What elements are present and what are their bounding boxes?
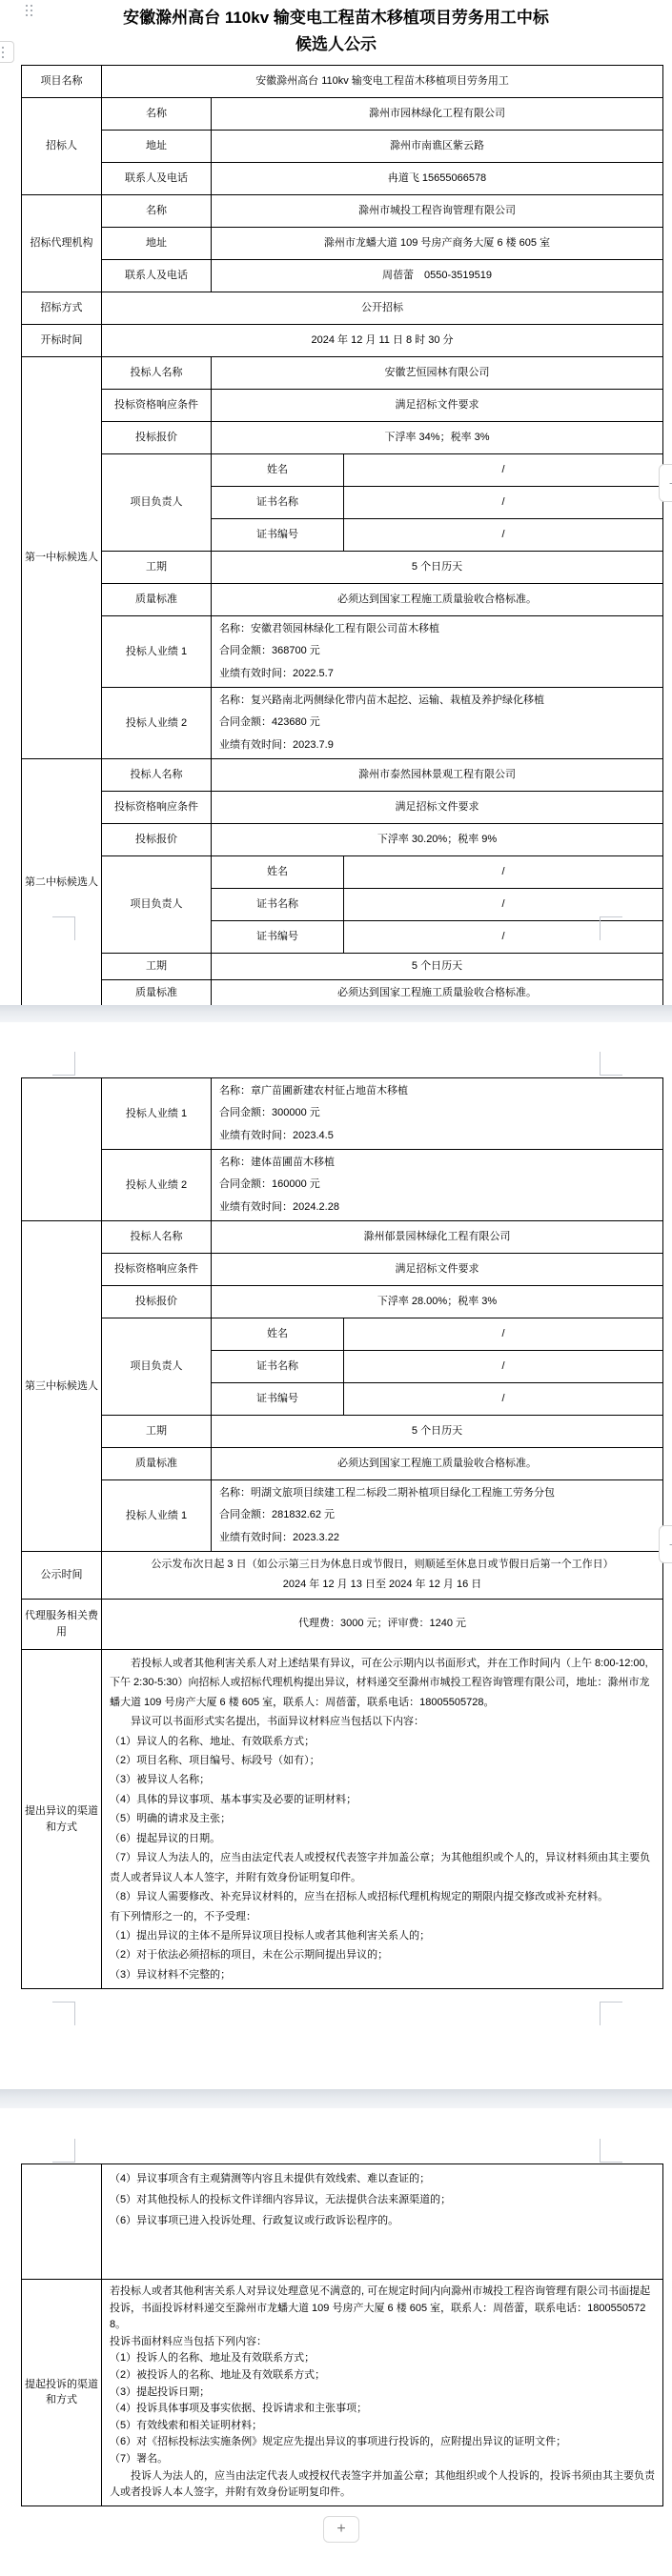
paragraph: （6）对《招标投标法实施条例》规定应先提出异议的事项进行投诉的，应附提出异议的证… xyxy=(110,2434,655,2451)
cell-objection-continuation xyxy=(22,2164,102,2280)
label-tenderer: 招标人 xyxy=(22,98,102,195)
label-objection-channel: 提出异议的渠道和方式 xyxy=(22,1649,102,1989)
document-title-line1: 安徽滁州高台 110kv 输变电工程苗木移植项目劳务用工中标 xyxy=(40,5,632,31)
paragraph: （6）提起异议的日期。 xyxy=(110,1829,655,1848)
cell-candidate2-continuation xyxy=(22,1078,102,1221)
paragraph: （4）异议事项含有主观猜测等内容且未提供有效线索、难以查证的； xyxy=(110,2168,655,2189)
paragraph: 公示发布次日起 3 日（如公示第三日为休息日或节假日，则顺延至休息日或节假日后第… xyxy=(108,1555,657,1575)
value-c3-bidder: 滁州郁景园林绿化工程有限公司 xyxy=(212,1220,663,1253)
paragraph: （5）有效线索和相关证明材料； xyxy=(110,2418,655,2435)
paragraph: 若投标人或者其他利害关系人对异议处理意见不满意的, 可在规定时间内向滁州市城投工… xyxy=(110,2284,655,2334)
paragraph: （3）异议材料不完整的； xyxy=(110,1965,655,1984)
bid-announcement-table-page2: 投标人业绩 1 名称：章广苗圃新建农村征占地苗木移植合同金额：300000 元业… xyxy=(21,1077,663,1989)
paragraph: 有下列情形之一的，不予受理： xyxy=(110,1907,655,1926)
value-c1-perf1: 名称：安徽君领园林绿化工程有限公司苗木移植合同金额：368700 元业绩有效时间… xyxy=(212,616,663,688)
paragraph: （4）投诉具体事项及事实依据、投诉请求和主张事项； xyxy=(110,2401,655,2418)
value-tenderer-name: 滁州市园林绿化工程有限公司 xyxy=(212,98,663,131)
label-c1-pm-name: 姓名 xyxy=(212,454,344,487)
value-c3-duration: 5 个日历天 xyxy=(212,1415,663,1447)
label-method: 招标方式 xyxy=(22,292,102,325)
paragraph: 名称：安徽君领园林绿化工程有限公司苗木移植 xyxy=(219,618,655,640)
value-c3-pm-name: / xyxy=(344,1318,663,1350)
paragraph: 业绩有效时间：2023.7.9 xyxy=(219,735,655,756)
value-c1-cert-no: / xyxy=(344,519,663,552)
label-open-time: 开标时间 xyxy=(22,325,102,357)
value-complaint-channel: 若投标人或者其他利害关系人对异议处理意见不满意的, 可在规定时间内向滁州市城投工… xyxy=(102,2280,663,2506)
value-agency-address: 滁州市龙蟠大道 109 号房产商务大厦 6 楼 605 室 xyxy=(212,228,663,260)
label-complaint-channel: 提起投诉的渠道和方式 xyxy=(22,2280,102,2506)
paragraph: （1）提出异议的主体不是所异议项目投标人或者其他利害关系人的； xyxy=(110,1926,655,1945)
paragraph: （6）异议事项已进入投诉处理、行政复议或行政诉讼程序的。 xyxy=(110,2210,655,2231)
document-title: 安徽滁州高台 110kv 输变电工程苗木移植项目劳务用工中标 候选人公示 xyxy=(40,5,632,57)
paragraph: 名称：建体苗圃苗木移植 xyxy=(219,1152,655,1174)
floating-insert-button[interactable]: + xyxy=(659,464,672,502)
paragraph: （3）被异议人名称； xyxy=(110,1770,655,1789)
value-agency-fee: 代理费：3000 元；评审费：1240 元 xyxy=(102,1599,663,1649)
value-c2-pm-name: / xyxy=(344,855,663,888)
value-c1-bidder: 安徽艺恒园林有限公司 xyxy=(212,357,663,390)
page-2: 投标人业绩 1 名称：章广苗圃新建农村征占地苗木移植合同金额：300000 元业… xyxy=(0,1022,672,2089)
plus-icon: + xyxy=(336,2521,345,2538)
label-c3-qualification: 投标资格响应条件 xyxy=(102,1253,212,1285)
paragraph: 投诉人为法人的，应当由法定代表人或授权代表签字并加盖公章；其他组织或个人投诉的，… xyxy=(110,2468,655,2502)
value-c3-qualification: 满足招标文件要求 xyxy=(212,1253,663,1285)
label-agency-fee: 代理服务相关费用 xyxy=(22,1599,102,1649)
label-c1-bidder: 投标人名称 xyxy=(102,357,212,390)
label-c2-bidder: 投标人名称 xyxy=(102,758,212,791)
floating-insert-button[interactable]: + xyxy=(659,1525,672,1563)
paragraph: （5）对其他投标人的投标文件详细内容异议，无法提供合法来源渠道的； xyxy=(110,2189,655,2210)
paragraph: 合同金额：281832.62 元 xyxy=(219,1504,655,1526)
label-c3-pm-name: 姓名 xyxy=(212,1318,344,1350)
value-c3-perf1: 名称：明湖文旅项目续建工程二标段二期补植项目绿化工程施工劳务分包合同金额：281… xyxy=(212,1479,663,1551)
label-publicity-time: 公示时间 xyxy=(22,1551,102,1599)
value-c3-cert-no: / xyxy=(344,1382,663,1415)
label-c2-pm: 项目负责人 xyxy=(102,855,212,953)
value-c3-quality: 必须达到国家工程施工质量验收合格标准。 xyxy=(212,1447,663,1479)
paragraph: 2024 年 12 月 13 日至 2024 年 12 月 16 日 xyxy=(108,1575,657,1595)
label-c1-cert-name: 证书名称 xyxy=(212,487,344,519)
value-c1-duration: 5 个日历天 xyxy=(212,552,663,584)
label-c3-pm: 项目负责人 xyxy=(102,1318,212,1415)
label-tenderer-address: 地址 xyxy=(102,131,212,163)
margin-mark-p2-bottom-left xyxy=(52,2002,75,2025)
margin-mark-p1-bottom-left xyxy=(52,916,75,940)
label-agency-name: 名称 xyxy=(102,195,212,228)
paragraph: （2）项目名称、项目编号、标段号（如有）； xyxy=(110,1751,655,1770)
label-c2-perf2: 投标人业绩 2 xyxy=(102,1149,212,1220)
value-c1-pm-name: / xyxy=(344,454,663,487)
value-objection-channel: 若投标人或者其他利害关系人对上述结果有异议，可在公示期内以书面形式，并在工作时间… xyxy=(102,1649,663,1989)
label-c1-duration: 工期 xyxy=(102,552,212,584)
paragraph: 合同金额：368700 元 xyxy=(219,640,655,662)
bid-announcement-table-page1: 项目名称 安徽滁州高台 110kv 输变电工程苗木移植项目劳务用工 招标人 名称… xyxy=(21,65,663,1007)
label-tenderer-name: 名称 xyxy=(102,98,212,131)
margin-mark-p2-top-right xyxy=(600,1052,622,1076)
page-break-1 xyxy=(0,1005,672,1022)
margin-mark-p2-top-left xyxy=(52,1052,75,1076)
paragraph: （7）异议人为法人的，应当由法定代表人或授权代表签字并加盖公章；为其他组织或个人… xyxy=(110,1848,655,1887)
value-c2-qualification: 满足招标文件要求 xyxy=(212,791,663,823)
value-c1-quote: 下浮率 34%；税率 3% xyxy=(212,422,663,454)
value-tenderer-contact: 冉道飞 15655066578 xyxy=(212,163,663,195)
paragraph: 业绩有效时间：2022.5.7 xyxy=(219,663,655,685)
label-c3-duration: 工期 xyxy=(102,1415,212,1447)
value-c2-perf1: 名称：章广苗圃新建农村征占地苗木移植合同金额：300000 元业绩有效时间：20… xyxy=(212,1078,663,1150)
paragraph: 合同金额：300000 元 xyxy=(219,1102,655,1124)
value-objection-channel-cont: （4）异议事项含有主观猜测等内容且未提供有效线索、难以查证的；（5）对其他投标人… xyxy=(102,2164,663,2280)
value-project-name: 安徽滁州高台 110kv 输变电工程苗木移植项目劳务用工 xyxy=(102,66,663,98)
paragraph: 若投标人或者其他利害关系人对上述结果有异议，可在公示期内以书面形式，并在工作时间… xyxy=(110,1654,655,1712)
label-candidate1: 第一中标候选人 xyxy=(22,357,102,759)
label-agency: 招标代理机构 xyxy=(22,195,102,292)
label-candidate3: 第三中标候选人 xyxy=(22,1220,102,1551)
value-agency-contact: 周蓓蕾 0550-3519519 xyxy=(212,260,663,292)
paragraph: 业绩有效时间：2023.4.5 xyxy=(219,1125,655,1147)
label-c1-perf2: 投标人业绩 2 xyxy=(102,687,212,758)
label-c1-quote: 投标报价 xyxy=(102,422,212,454)
label-c2-cert-no: 证书编号 xyxy=(212,920,344,953)
paragraph: 名称：章广苗圃新建农村征占地苗木移植 xyxy=(219,1080,655,1102)
value-c2-duration: 5 个日历天 xyxy=(212,953,663,979)
value-c2-bidder: 滁州市泰然园林景观工程有限公司 xyxy=(212,758,663,791)
label-c3-bidder: 投标人名称 xyxy=(102,1220,212,1253)
bid-announcement-table-page3: （4）异议事项含有主观猜测等内容且未提供有效线索、难以查证的；（5）对其他投标人… xyxy=(21,2163,663,2506)
value-tenderer-address: 滁州市南谯区紫云路 xyxy=(212,131,663,163)
add-content-button[interactable]: + xyxy=(323,2516,359,2543)
margin-mark-p2-bottom-right xyxy=(600,2002,622,2025)
paragraph: 投诉书面材料应当包括下列内容： xyxy=(110,2334,655,2351)
page-1: 安徽滁州高台 110kv 输变电工程苗木移植项目劳务用工中标 候选人公示 项目名… xyxy=(0,0,672,1005)
label-c2-perf1: 投标人业绩 1 xyxy=(102,1078,212,1150)
paragraph: （7）署名。 xyxy=(110,2451,655,2468)
label-c2-pm-name: 姓名 xyxy=(212,855,344,888)
label-tenderer-contact: 联系人及电话 xyxy=(102,163,212,195)
paragraph: 业绩有效时间：2024.2.28 xyxy=(219,1197,655,1218)
table-drag-handle-button[interactable] xyxy=(0,41,14,63)
label-c2-qualification: 投标资格响应条件 xyxy=(102,791,212,823)
value-c1-perf2: 名称：复兴路南北两侧绿化带内苗木起挖、运输、栽植及养护绿化移植合同金额：4236… xyxy=(212,687,663,758)
page-3: （4）异议事项含有主观猜测等内容且未提供有效线索、难以查证的；（5）对其他投标人… xyxy=(0,2108,672,2576)
label-c2-duration: 工期 xyxy=(102,953,212,979)
paragraph: （8）异议人需要修改、补充异议材料的，应当在招标人或招标代理机构规定的期限内提交… xyxy=(110,1887,655,1906)
paragraph: 名称：明湖文旅项目续建工程二标段二期补植项目绿化工程施工劳务分包 xyxy=(219,1482,655,1504)
paragraph: （2）对于依法必须招标的项目，未在公示期间提出异议的； xyxy=(110,1945,655,1964)
label-c1-qualification: 投标资格响应条件 xyxy=(102,390,212,422)
label-c3-quality: 质量标准 xyxy=(102,1447,212,1479)
paragraph: （1）投诉人的名称、地址及有效联系方式； xyxy=(110,2350,655,2367)
value-c1-cert-name: / xyxy=(344,487,663,519)
value-c2-perf2: 名称：建体苗圃苗木移植合同金额：160000 元业绩有效时间：2024.2.28 xyxy=(212,1149,663,1220)
value-publicity-time: 公示发布次日起 3 日（如公示第三日为休息日或节假日，则顺延至休息日或节假日后第… xyxy=(102,1551,663,1599)
label-c1-perf1: 投标人业绩 1 xyxy=(102,616,212,688)
value-c1-quality: 必须达到国家工程施工质量验收合格标准。 xyxy=(212,584,663,616)
margin-mark-p3-top-left xyxy=(52,2139,75,2163)
paragraph: 业绩有效时间：2023.3.22 xyxy=(219,1527,655,1549)
page-break-2 xyxy=(0,2089,672,2108)
label-agency-address: 地址 xyxy=(102,228,212,260)
paragraph: （4）具体的异议事项、基本事实及必要的证明材料； xyxy=(110,1790,655,1809)
label-c1-quality: 质量标准 xyxy=(102,584,212,616)
document-title-line2: 候选人公示 xyxy=(40,31,632,58)
value-method: 公开招标 xyxy=(102,292,663,325)
label-c3-cert-name: 证书名称 xyxy=(212,1350,344,1382)
margin-mark-p1-bottom-right xyxy=(600,916,622,940)
label-agency-contact: 联系人及电话 xyxy=(102,260,212,292)
label-c2-quote: 投标报价 xyxy=(102,823,212,855)
paragraph: （1）异议人的名称、地址、有效联系方式； xyxy=(110,1732,655,1751)
label-c3-perf1: 投标人业绩 1 xyxy=(102,1479,212,1551)
paragraph: 异议可以书面形式实名提出，书面异议材料应当包括以下内容： xyxy=(110,1712,655,1731)
block-drag-handle-icon[interactable] xyxy=(26,5,33,17)
label-c1-pm: 项目负责人 xyxy=(102,454,212,552)
paragraph: 名称：复兴路南北两侧绿化带内苗木起挖、运输、栽植及养护绿化移植 xyxy=(219,690,655,712)
paragraph: 合同金额：423680 元 xyxy=(219,712,655,734)
label-c3-cert-no: 证书编号 xyxy=(212,1382,344,1415)
document-canvas: 安徽滁州高台 110kv 输变电工程苗木移植项目劳务用工中标 候选人公示 项目名… xyxy=(0,0,672,2576)
value-c3-cert-name: / xyxy=(344,1350,663,1382)
value-c2-quality: 必须达到国家工程施工质量验收合格标准。 xyxy=(212,979,663,1006)
label-c2-quality: 质量标准 xyxy=(102,979,212,1006)
label-candidate2: 第二中标候选人 xyxy=(22,758,102,1006)
margin-mark-p3-top-right xyxy=(600,2139,622,2163)
label-c3-quote: 投标报价 xyxy=(102,1285,212,1318)
paragraph: （3）提起投诉日期； xyxy=(110,2385,655,2402)
paragraph: （2）被投诉人的名称、地址及有效联系方式； xyxy=(110,2367,655,2385)
dot-grid-icon xyxy=(0,46,5,58)
value-c1-qualification: 满足招标文件要求 xyxy=(212,390,663,422)
label-project-name: 项目名称 xyxy=(22,66,102,98)
value-agency-name: 滁州市城投工程咨询管理有限公司 xyxy=(212,195,663,228)
paragraph: 合同金额：160000 元 xyxy=(219,1174,655,1196)
paragraph: （5）明确的请求及主张； xyxy=(110,1809,655,1828)
label-c2-cert-name: 证书名称 xyxy=(212,888,344,920)
label-c1-cert-no: 证书编号 xyxy=(212,519,344,552)
value-c2-quote: 下浮率 30.20%；税率 9% xyxy=(212,823,663,855)
value-open-time: 2024 年 12 月 11 日 8 时 30 分 xyxy=(102,325,663,357)
value-c3-quote: 下浮率 28.00%；税率 3% xyxy=(212,1285,663,1318)
